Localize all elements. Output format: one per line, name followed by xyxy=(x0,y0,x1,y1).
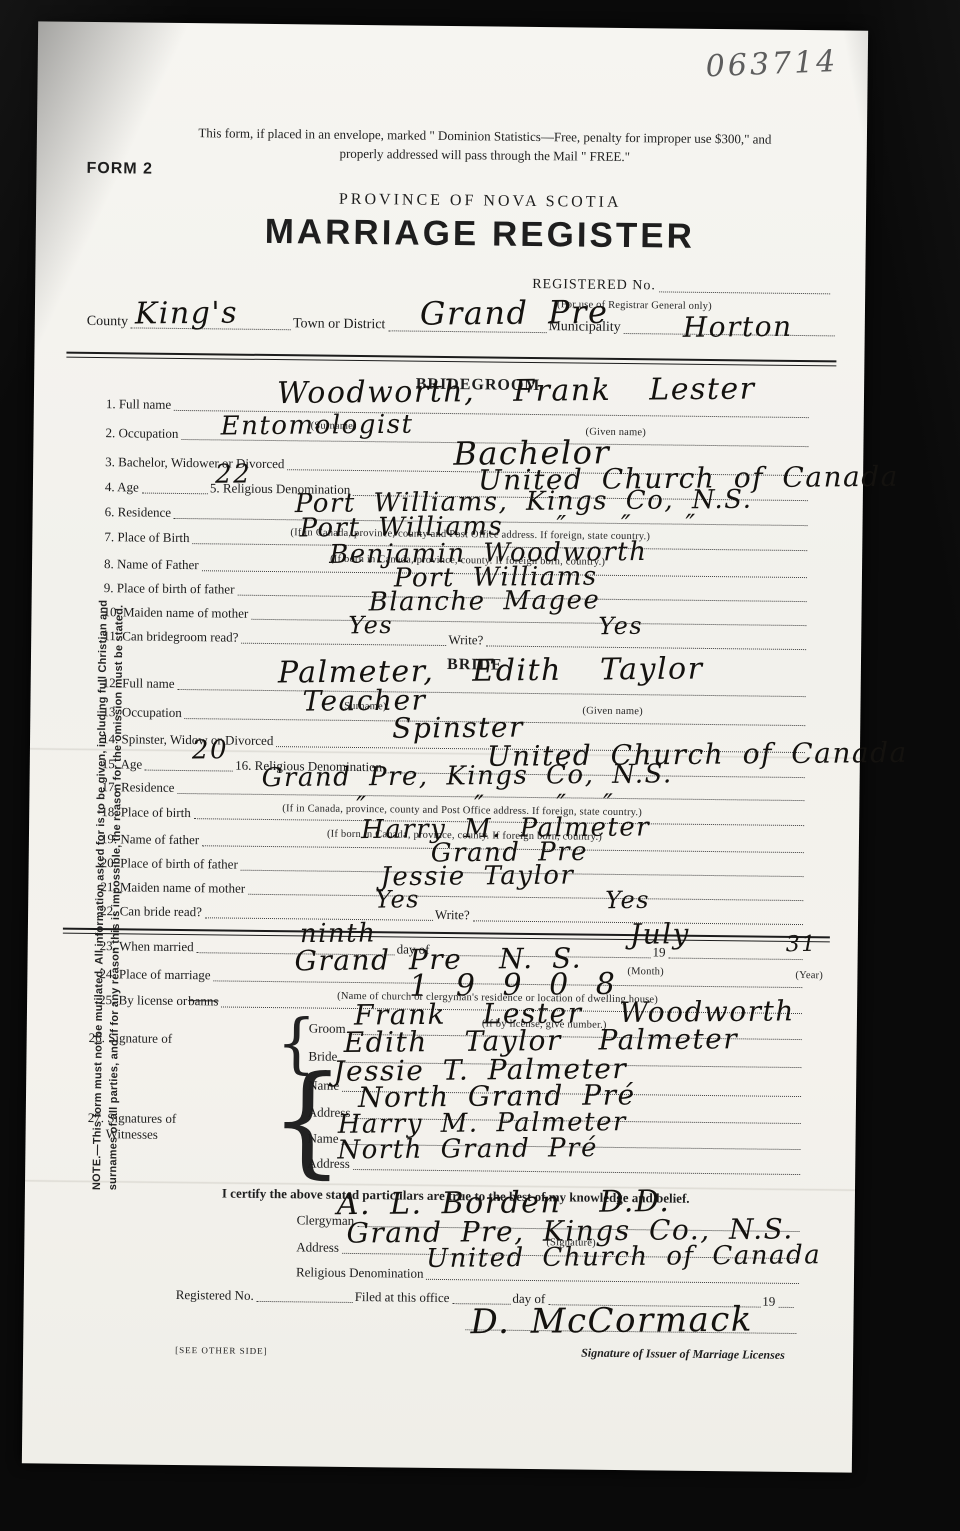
witness2-name-label: Name xyxy=(307,1130,339,1147)
dotted-line xyxy=(241,640,446,646)
dotted-line xyxy=(353,1166,800,1175)
field1-label: 1. Full name xyxy=(106,396,173,414)
county-label: County xyxy=(87,314,129,331)
groom-age-entry: 22 xyxy=(215,461,251,487)
issuer-signature-caption: Signature of Issuer of Marriage Licenses xyxy=(581,1346,785,1363)
marriage-month-entry: July xyxy=(630,920,690,949)
issuer-signature-entry: D. McCormack xyxy=(470,1303,753,1340)
bride-residence-entry: Grand Pre, Kings Co, N.S. xyxy=(262,761,673,791)
field4-label: 4. Age xyxy=(105,479,140,496)
groom-full-name-entry: Woodworth, Frank Lester xyxy=(277,374,756,409)
dotted-line xyxy=(251,616,806,626)
town-district-label: Town or District xyxy=(293,316,387,334)
groom-mother-maiden-name-entry: Blanche Magee xyxy=(369,587,601,615)
dotted-line xyxy=(486,642,806,650)
dotted-line xyxy=(257,1298,353,1303)
footer-filed-label: Filed at this office xyxy=(355,1289,451,1307)
bride-age-entry: 20 xyxy=(192,737,228,763)
field22-write-label: Write? xyxy=(435,907,471,924)
footer-year-prefix: 19 xyxy=(762,1294,776,1311)
witness2-address-entry: North Grand Pré xyxy=(337,1135,598,1163)
dotted-line xyxy=(426,1276,799,1284)
field6-label: 6. Residence xyxy=(105,504,173,522)
field14-label: 14. Spinster, Widow or Divorced xyxy=(102,731,274,750)
bride-can-read-entry: Yes xyxy=(375,887,420,911)
dotted-line xyxy=(248,891,803,901)
county-entry: King's xyxy=(135,299,238,330)
dotted-line xyxy=(778,1304,793,1308)
clergyman-denomination-entry: United Church of Canada xyxy=(426,1242,821,1272)
mailing-note: This form, if placed in an envelope, mar… xyxy=(37,121,899,169)
field9-label: 9. Place of birth of father xyxy=(104,580,236,598)
dotted-line xyxy=(668,955,802,961)
municipality-entry: Horton xyxy=(683,313,793,342)
field7-label: 7. Place of Birth xyxy=(104,529,190,547)
groom-can-read-entry: Yes xyxy=(348,613,393,637)
dotted-line xyxy=(142,490,208,495)
bride-can-write-entry: Yes xyxy=(605,888,650,912)
clergyman-denomination-label: Religious Denomination xyxy=(296,1264,425,1282)
footer-registered-no-label: Registered No. xyxy=(176,1287,255,1305)
bride-marital-status-entry: Spinster xyxy=(392,714,524,743)
field25-banns-struck: banns xyxy=(188,993,220,1010)
marriage-register-form-page: 063714 This form, if placed in an envelo… xyxy=(22,21,868,1472)
marriage-year-entry: 31 xyxy=(786,934,817,956)
scanned-document-background: 063714 This form, if placed in an envelo… xyxy=(0,0,960,1531)
clergyman-address-label: Address xyxy=(296,1239,340,1256)
margin-note: NOTE.—This form must not be mutilated. A… xyxy=(89,600,128,1191)
form-title: MARRIAGE REGISTER xyxy=(36,209,894,259)
dotted-line xyxy=(145,767,233,772)
penciled-file-number: 063714 xyxy=(705,47,839,82)
field11-write-label: Write? xyxy=(448,632,484,649)
dotted-line xyxy=(659,288,830,294)
groom-signature-label: Groom xyxy=(309,1020,347,1037)
field8-label: 8. Name of Father xyxy=(104,556,200,574)
section-divider xyxy=(66,352,836,367)
field3-label: 3. Bachelor, Widower or Divorced xyxy=(105,454,285,473)
groom-can-write-entry: Yes xyxy=(598,614,643,638)
town-district-entry: Grand Pre xyxy=(420,296,609,330)
form-number-label: FORM 2 xyxy=(86,160,153,179)
field2-label: 2. Occupation xyxy=(105,425,179,443)
see-other-side-note: [SEE OTHER SIDE] xyxy=(175,1345,268,1356)
groom-occupation-entry: Entomologist xyxy=(221,412,414,440)
